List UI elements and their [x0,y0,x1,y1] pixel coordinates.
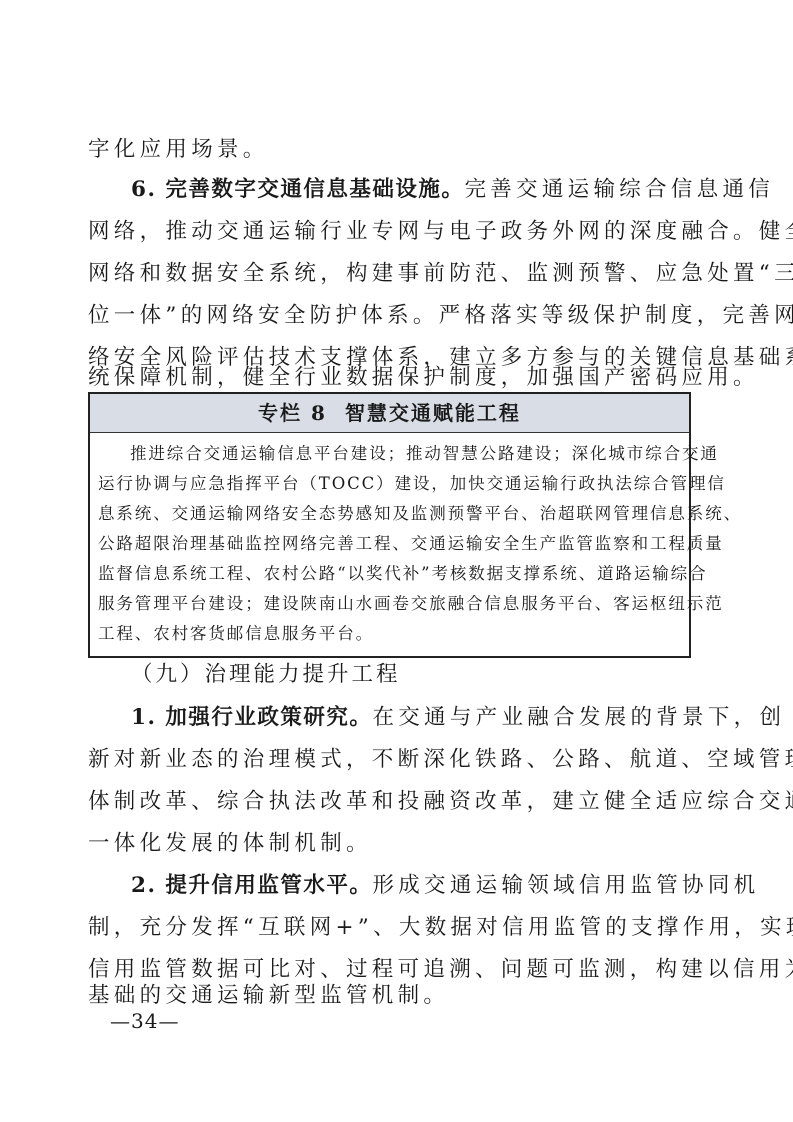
column-box: 专栏 8智慧交通赋能工程 推进综合交通运输信息平台建设；推动智慧公路建设；深化城… [88,392,691,658]
paragraph-line: 字化应用场景。 [88,138,690,162]
paragraph-line: 统保障机制，健全行业数据保护制度，加强国产密码应用。 [88,366,690,390]
column-box-title: 智慧交通赋能工程 [345,401,521,425]
box-line: 运行协调与应急指挥平台（TOCC）建设，加快交通运输行政执法综合管理信 [98,474,726,494]
box-line: 工程、农村客货邮信息服务平台。 [98,624,374,644]
column-box-label: 专栏 8 [258,401,327,425]
item-1-text: 在交通与产业融合发展的背景下，创 [372,705,785,730]
paragraph-line: 网络，推动交通运输行业专网与电子政务外网的深度融合。健全 [88,220,690,244]
page-number: —34— [110,1009,179,1033]
paragraph-line: 新对新业态的治理模式，不断深化铁路、公路、航道、空域管理 [88,748,690,772]
paragraph-line: 基础的交通运输新型监管机制。 [88,984,690,1008]
item-1-first-line: 1. 加强行业政策研究。在交通与产业融合发展的背景下，创 [131,706,690,730]
box-line: 服务管理平台建设；建设陕南山水画卷交旅融合信息服务平台、客运枢纽示范 [98,594,724,614]
box-line: 息系统、交通运输网络安全态势感知及监测预警平台、治超联网管理信息系统、 [98,504,742,524]
item-1-heading: 1. 加强行业政策研究。 [131,705,372,730]
section-6-heading: 6. 完善数字交通信息基础设施。 [131,177,464,202]
paragraph-line: 信用监管数据可比对、过程可追溯、问题可监测，构建以信用为 [88,958,690,982]
item-2-text: 形成交通运输领域信用监管协同机 [372,873,759,898]
box-line: 推进综合交通运输信息平台建设；推动智慧公路建设；深化城市综合交通 [130,444,719,464]
box-line: 监督信息系统工程、农村公路“以奖代补”考核数据支撑系统、道路运输综合 [98,564,707,584]
section-6-first-line: 6. 完善数字交通信息基础设施。完善交通运输综合信息通信 [131,178,690,202]
item-2-first-line: 2. 提升信用监管水平。形成交通运输领域信用监管协同机 [131,874,690,898]
document-page: 字化应用场景。 6. 完善数字交通信息基础设施。完善交通运输综合信息通信 网络，… [0,0,793,1122]
paragraph-line: 制，充分发挥“互联网+”、大数据对信用监管的支撑作用，实现 [88,916,690,940]
section-9-title: （九）治理能力提升工程 [131,663,690,687]
paragraph-line: 一体化发展的体制机制。 [88,832,690,856]
item-2-heading: 2. 提升信用监管水平。 [131,873,372,898]
box-line: 公路超限治理基础监控网络完善工程、交通运输安全生产监管监察和工程质量 [98,534,724,554]
paragraph-line: 网络和数据安全系统，构建事前防范、监测预警、应急处置“三 [88,262,690,286]
paragraph-line: 体制改革、综合执法改革和投融资改革，建立健全适应综合交通 [88,790,690,814]
column-box-header: 专栏 8智慧交通赋能工程 [90,394,689,433]
section-6-text: 完善交通运输综合信息通信 [464,177,774,202]
paragraph-line: 位一体”的网络安全防护体系。严格落实等级保护制度，完善网 [88,304,690,328]
